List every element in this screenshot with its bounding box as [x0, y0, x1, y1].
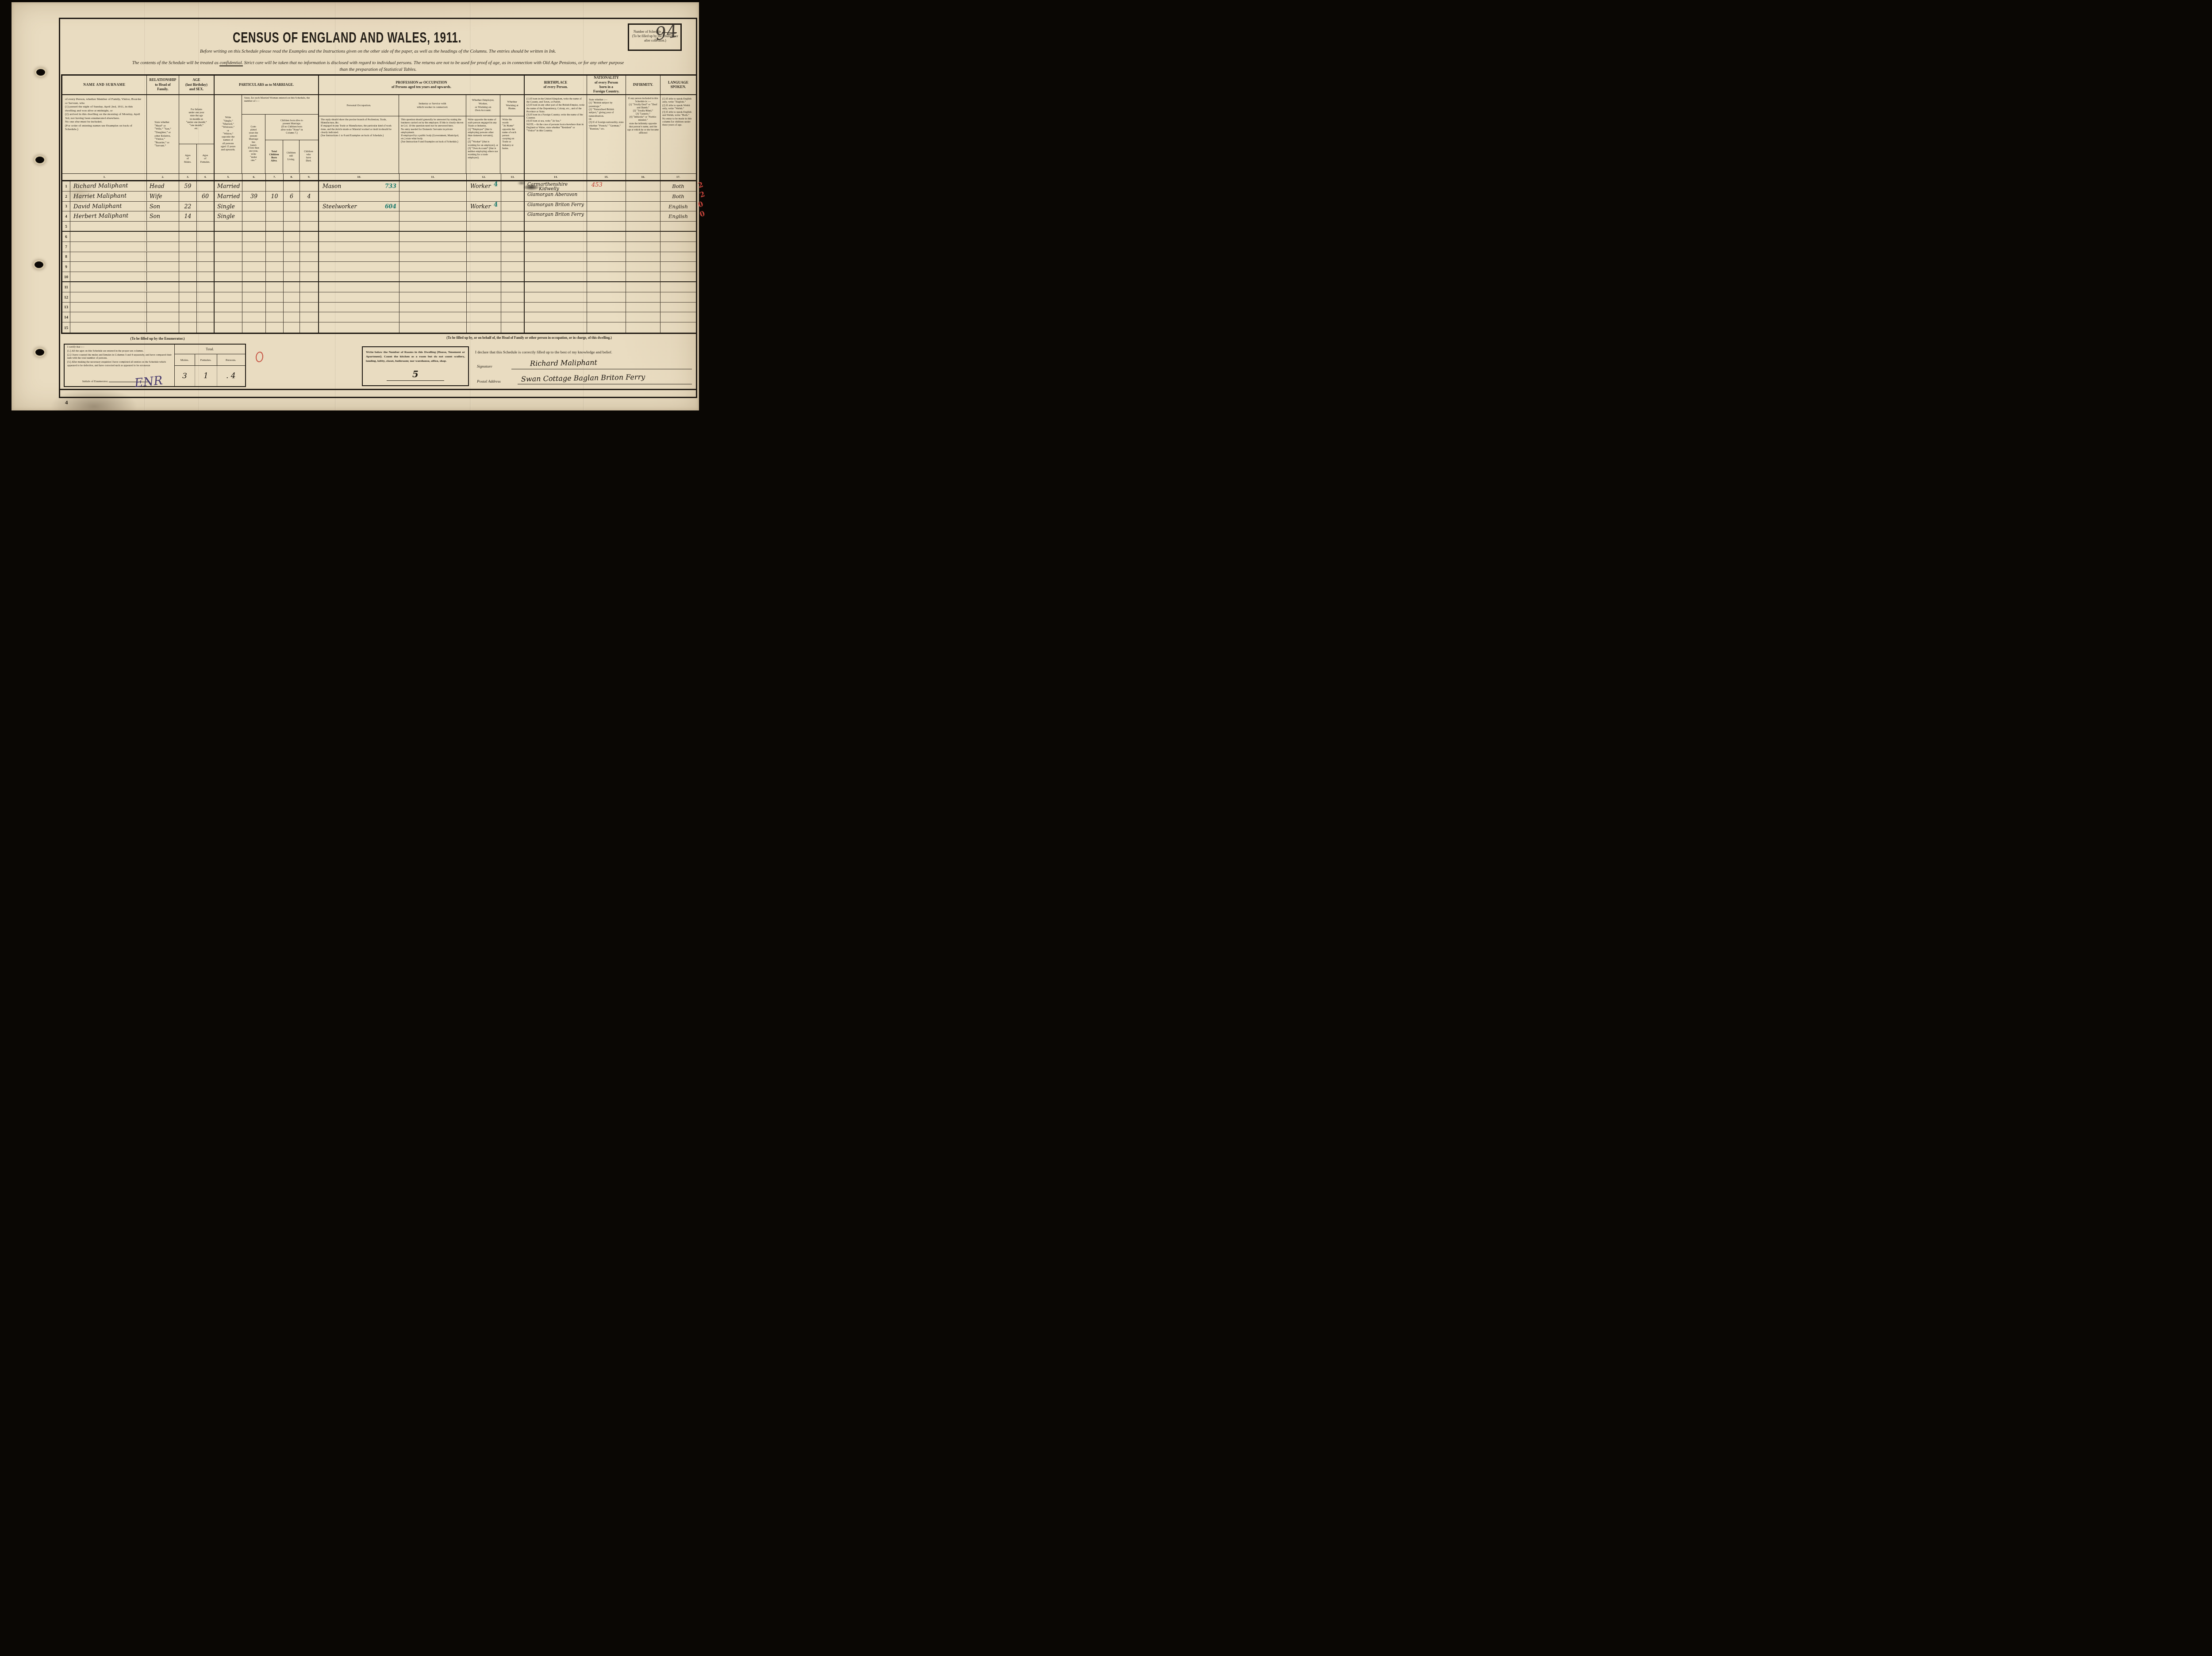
column-number: 7.: [266, 174, 284, 180]
cell-age-male: [179, 242, 197, 252]
cell-employment: Worker4: [467, 181, 501, 191]
cell-nationality: [587, 222, 626, 231]
cell-relationship: [147, 292, 179, 302]
cell-birthplace: [525, 292, 587, 302]
table-row: 2Harriet MaliphantWife60Married391064Gla…: [62, 192, 696, 202]
cell-nationality: [587, 262, 626, 272]
cell-occupation: [319, 322, 399, 333]
col-relationship-title: RELATIONSHIP to Head of Family.: [147, 76, 179, 94]
cell-row-number: 5: [62, 222, 70, 231]
cell-relationship: [147, 312, 179, 322]
para2-before: The contents of the Schedule will be tre…: [132, 61, 220, 65]
cell-industry: [399, 211, 467, 221]
cell-birthplace: [525, 312, 587, 322]
industry-service-head: Industry or Service with which worker is…: [399, 95, 466, 116]
employment-code: 4: [493, 201, 499, 210]
cell-marriage-years: [242, 282, 266, 292]
cell-name: [70, 241, 147, 252]
cell-age-female: [197, 272, 215, 281]
bottom-frame-rule: [60, 389, 697, 390]
cell-industry: [399, 232, 467, 241]
employer-worker-head: Whether Employer, Worker, or Working on …: [466, 95, 501, 116]
rooms-value-line: [387, 380, 444, 381]
cell-marital-condition: [215, 242, 242, 252]
column-number: 4.: [197, 174, 215, 180]
cell-language: [661, 303, 696, 312]
cell-age-female: [197, 252, 215, 262]
cell-children-died: [300, 272, 319, 281]
column-number: 15.: [587, 174, 626, 180]
cell-children-died: [300, 262, 319, 272]
cell-name: Herbert Maliphant: [70, 211, 147, 222]
cell-industry: [399, 262, 467, 272]
cell-infirmity: [626, 181, 661, 191]
cell-age-female: [197, 232, 215, 241]
working-at-home-description: Write the words “At Home” opposite the n…: [500, 116, 524, 173]
cell-children-living: [284, 303, 300, 312]
column-number: 13.: [501, 174, 525, 180]
cell-age-male: [179, 282, 197, 292]
column-number: 5.: [215, 174, 242, 180]
cell-at-home: [501, 222, 525, 231]
cell-marriage-years: [242, 202, 266, 211]
cell-children-living: [284, 232, 300, 241]
cell-industry: [399, 192, 467, 201]
cell-birthplace: [525, 252, 587, 262]
cell-nationality: [587, 202, 626, 211]
married-woman-note: State, for each Married Woman entered on…: [242, 95, 318, 115]
cell-occupation: [319, 242, 399, 252]
cell-employment: [467, 322, 501, 333]
group-marriage-title: PARTICULARS as to MARRIAGE.: [215, 76, 319, 94]
cell-at-home: [501, 202, 525, 211]
cell-occupation: [319, 232, 399, 241]
cell-marriage-years: [242, 252, 266, 262]
cell-nationality: [587, 192, 626, 201]
cell-marital-condition: [215, 272, 242, 281]
col-birthplace-title: BIRTHPLACE of every Person.: [525, 76, 587, 94]
cell-relationship: [147, 242, 179, 252]
cell-children-born: [266, 292, 284, 302]
table-row: 1Richard MaliphantHead59MarriedMason733W…: [62, 181, 696, 192]
cell-infirmity: [626, 232, 661, 241]
cell-children-died: [300, 303, 319, 312]
cell-relationship: Wife: [147, 192, 179, 201]
cell-at-home: [501, 262, 525, 272]
cell-marriage-years: [242, 242, 266, 252]
cell-children-living: [284, 252, 300, 262]
ages-of-females-label: Ages of Females.: [197, 144, 214, 173]
cell-at-home: [501, 282, 525, 292]
cell-nationality: [587, 322, 626, 333]
col-language-description: (1) If able to speak English only, write…: [661, 95, 696, 173]
cell-children-died: [300, 232, 319, 241]
cell-at-home: [501, 232, 525, 241]
cell-children-died: [300, 322, 319, 333]
cell-at-home: [501, 303, 525, 312]
cell-birthplace: Glamorgan Aberavon: [525, 192, 587, 201]
initials-of-enumerator: Initials of Enumerator. ENR: [82, 379, 171, 383]
para2-after: Strict care will be taken that no inform…: [243, 61, 624, 65]
cell-row-number: 15: [62, 322, 70, 333]
punch-hole: [35, 349, 44, 356]
enumerator-certification-box: I certify that :— (1.) All the ages on t…: [64, 344, 246, 387]
cell-relationship: [147, 252, 179, 262]
cell-infirmity: [626, 192, 661, 201]
cell-age-female: [197, 322, 215, 333]
cell-name: [70, 261, 147, 272]
instruction-paragraph-1: Before writing on this Schedule please r…: [73, 48, 683, 55]
cell-industry: [399, 181, 467, 191]
rooms-value-area: 5: [387, 371, 444, 381]
cell-marital-condition: [215, 312, 242, 322]
children-subgroup: Children born alive to present Marriage.…: [265, 115, 318, 173]
cell-occupation: [319, 222, 399, 231]
punch-hole: [35, 157, 44, 163]
family-section-heading: (To be filled up by, or on behalf of, th…: [361, 336, 697, 340]
col-age-description: For Infants under one year state the age…: [179, 95, 215, 173]
schedule-number-box: Number of Schedule (To be filled up by t…: [628, 23, 682, 51]
cell-employment: [467, 232, 501, 241]
table-header-descriptions: of every Person, whether Member of Famil…: [62, 95, 696, 174]
cell-age-female: [197, 303, 215, 312]
cell-age-male: [179, 252, 197, 262]
cell-age-male: 59: [179, 181, 197, 191]
rooms-instruction-text: Write below the Number of Rooms in this …: [366, 350, 465, 363]
cell-marriage-years: [242, 262, 266, 272]
signature-label: Signature: [477, 364, 492, 368]
col-language-title: LANGUAGE SPOKEN.: [661, 76, 696, 94]
table-row: 14: [62, 312, 696, 322]
working-at-home-head: Whether Working at Home.: [500, 95, 524, 116]
industry-service-description: This question should generally be answer…: [399, 116, 466, 173]
cell-children-born: [266, 232, 284, 241]
cell-name: [70, 231, 147, 242]
para2-line2: than the preparation of Statistical Tabl…: [339, 67, 416, 72]
cell-marriage-years: [242, 211, 266, 221]
cell-row-number: 9: [62, 262, 70, 272]
cell-row-number: 1: [62, 181, 70, 191]
column-number: 16.: [626, 174, 661, 180]
cell-at-home: [501, 252, 525, 262]
cell-occupation: [319, 312, 399, 322]
cell-at-home: [501, 322, 525, 333]
col-relationship-description: State whether “Head” or “Wife,” “Son,” “…: [147, 95, 179, 173]
cell-marriage-years: [242, 222, 266, 231]
cell-language: [661, 322, 696, 333]
cell-name: David Maliphant: [70, 201, 147, 212]
cell-age-male: [179, 292, 197, 302]
page-number: 4: [65, 399, 68, 406]
cell-children-born: [266, 242, 284, 252]
cell-age-female: [197, 181, 215, 191]
schedule-number-value: 94: [653, 19, 679, 46]
table-row: 7: [62, 242, 696, 252]
persons-total-value: . 4: [217, 366, 245, 386]
signature-value: Richard Maliphant: [530, 358, 597, 368]
cell-language: [661, 312, 696, 322]
cell-age-female: [197, 292, 215, 302]
cell-marital-condition: Married: [215, 181, 242, 191]
cell-row-number: 12: [62, 292, 70, 302]
personal-occupation-description: The reply should show the precise branch…: [319, 116, 399, 173]
cell-children-living: [284, 202, 300, 211]
cell-age-female: [197, 312, 215, 322]
confidential-underlined: confidential.: [219, 61, 243, 66]
age-infants-note: For Infants under one year state the age…: [179, 95, 214, 144]
column-number: 11.: [399, 174, 467, 180]
employer-worker-description: Write opposite the name of each person e…: [466, 116, 501, 173]
cell-age-male: [179, 303, 197, 312]
cell-at-home: [501, 272, 525, 281]
col-birthplace-description: (1) If born in the United Kingdom, write…: [525, 95, 587, 173]
cell-name: [70, 282, 147, 292]
cell-children-died: [300, 202, 319, 211]
males-total-value: 3: [175, 366, 195, 386]
marital-condition-description: Write “Single,” “Married,” “Widower,” or…: [215, 95, 242, 173]
cell-language: [661, 242, 696, 252]
cell-children-living: [284, 242, 300, 252]
cell-children-born: [266, 262, 284, 272]
column-number: 10.: [319, 174, 399, 180]
married-woman-subgroup: State, for each Married Woman entered on…: [242, 95, 318, 173]
cell-row-number: 6: [62, 232, 70, 241]
cell-language: English: [661, 202, 696, 211]
cell-age-male: 22: [179, 202, 197, 211]
cell-children-born: [266, 312, 284, 322]
children-born-label: Total Children Born Alive.: [265, 140, 283, 173]
cell-employment: [467, 272, 501, 281]
table-row: 11: [62, 282, 696, 292]
cell-relationship: Head: [147, 181, 179, 191]
certify-item-1: (1.) All the ages on this Schedule are e…: [67, 350, 173, 353]
occupation-code: 733: [385, 183, 396, 191]
marriage-group-description: Write “Single,” “Married,” “Widower,” or…: [215, 95, 319, 173]
cell-occupation: [319, 262, 399, 272]
cell-language: [661, 272, 696, 281]
cell-occupation: [319, 282, 399, 292]
signature-line: [511, 369, 692, 369]
cell-industry: [399, 242, 467, 252]
females-label: Females.: [195, 354, 217, 365]
cell-language: [661, 262, 696, 272]
certify-item-3: (3.) After making the necessary enquirie…: [67, 361, 173, 368]
column-number: 2.: [147, 174, 179, 180]
census-table: NAME AND SURNAME RELATIONSHIP to Head of…: [61, 74, 697, 334]
column-number-strip: 1.2.3.4.5.6.7.8.9.10.11.12.13.14.15.16.1…: [62, 174, 696, 181]
red-margin-digit: 0: [699, 209, 706, 219]
certify-item-2: (2.) I have counted the males and female…: [67, 354, 173, 361]
table-row: 4Herbert MaliphantSon14SingleGlamorgan B…: [62, 211, 696, 222]
cell-children-born: [266, 282, 284, 292]
table-row: 8: [62, 252, 696, 262]
cell-children-living: [284, 262, 300, 272]
cell-children-born: [266, 272, 284, 281]
cell-age-male: [179, 272, 197, 281]
cell-marital-condition: [215, 303, 242, 312]
cell-name: [70, 221, 147, 231]
table-row: 9: [62, 262, 696, 272]
cell-occupation: [319, 272, 399, 281]
cell-industry: [399, 222, 467, 231]
ink-blot: [523, 184, 540, 190]
cell-infirmity: [626, 322, 661, 333]
number-of-rooms-box: Write below the Number of Rooms in this …: [362, 346, 469, 386]
cell-nationality: [587, 211, 626, 221]
table-header-titles: NAME AND SURNAME RELATIONSHIP to Head of…: [62, 76, 696, 95]
cell-children-born: [266, 252, 284, 262]
cell-industry: [399, 322, 467, 333]
cell-age-male: [179, 222, 197, 231]
cell-marital-condition: Single: [215, 202, 242, 211]
cell-marital-condition: Single: [215, 211, 242, 221]
declaration-text: I declare that this Schedule is correctl…: [475, 350, 696, 354]
cell-employment: [467, 312, 501, 322]
column-number: 12.: [467, 174, 501, 180]
cell-infirmity: [626, 252, 661, 262]
cell-occupation: Mason733: [319, 181, 399, 191]
cell-nationality: [587, 303, 626, 312]
cell-language: [661, 222, 696, 231]
signature-row: Signature Richard Maliphant: [477, 364, 696, 368]
cell-nationality: [587, 272, 626, 281]
cell-age-male: [179, 262, 197, 272]
cell-row-number: 7: [62, 242, 70, 252]
cell-relationship: [147, 232, 179, 241]
cell-marriage-years: 39: [242, 192, 266, 201]
red-margin-marks: 2200: [698, 180, 705, 219]
cell-employment: [467, 211, 501, 221]
postal-address-line: [518, 384, 692, 384]
column-number: 8.: [284, 174, 300, 180]
cell-marriage-years: [242, 292, 266, 302]
cell-row-number: 13: [62, 303, 70, 312]
cell-marital-condition: [215, 232, 242, 241]
cell-language: [661, 252, 696, 262]
cell-industry: [399, 282, 467, 292]
cell-language: Both: [661, 192, 696, 201]
cell-industry: [399, 292, 467, 302]
cell-marriage-years: [242, 322, 266, 333]
females-total-value: 1: [195, 366, 217, 386]
persons-label: Persons.: [217, 354, 245, 365]
cell-age-female: [197, 262, 215, 272]
table-row: 12: [62, 292, 696, 303]
cell-marital-condition: [215, 292, 242, 302]
cell-name: Richard Maliphant: [70, 181, 147, 192]
cell-row-number: 11: [62, 282, 70, 292]
column-number: 1.: [62, 174, 147, 180]
cell-infirmity: [626, 292, 661, 302]
cell-children-died: [300, 181, 319, 191]
occupation-code: 604: [385, 203, 396, 211]
cell-at-home: [501, 312, 525, 322]
cell-children-living: [284, 292, 300, 302]
cell-age-female: [197, 242, 215, 252]
cell-children-died: [300, 242, 319, 252]
cell-language: English: [661, 211, 696, 221]
cell-employment: [467, 292, 501, 302]
cell-name: [70, 252, 147, 262]
cell-name: [70, 312, 147, 322]
initials-label: Initials of Enumerator.: [82, 380, 108, 383]
cell-relationship: Son: [147, 202, 179, 211]
cell-industry: [399, 303, 467, 312]
cell-children-died: [300, 211, 319, 221]
cell-children-died: 4: [300, 192, 319, 201]
cell-infirmity: [626, 262, 661, 272]
cell-employment: [467, 222, 501, 231]
cell-birthplace: [525, 282, 587, 292]
form-title: CENSUS OF ENGLAND AND WALES, 1911.: [60, 30, 634, 46]
cell-language: [661, 292, 696, 302]
cell-birthplace: [525, 303, 587, 312]
cell-language: [661, 232, 696, 241]
cell-children-born: 10: [266, 192, 284, 201]
cell-infirmity: [626, 272, 661, 281]
postal-address-row: Postal Address Swan Cottage Baglan Brito…: [477, 379, 696, 383]
cell-children-living: [284, 322, 300, 333]
cell-name: [70, 322, 147, 333]
cell-employment: [467, 282, 501, 292]
cell-name: [70, 302, 147, 313]
children-died-label: Children who have Died.: [300, 140, 318, 173]
cell-age-female: [197, 211, 215, 221]
cell-infirmity: [626, 211, 661, 221]
cell-birthplace: Glamorgan Briton Ferry: [525, 211, 587, 221]
cell-marital-condition: [215, 252, 242, 262]
ages-of-males-label: Ages of Males.: [179, 144, 197, 173]
cell-industry: [399, 202, 467, 211]
cell-infirmity: [626, 312, 661, 322]
cell-children-born: [266, 303, 284, 312]
cell-children-died: [300, 282, 319, 292]
cell-nationality: [587, 292, 626, 302]
cell-nationality: [587, 242, 626, 252]
cell-relationship: [147, 303, 179, 312]
enumerator-initials-signature: ENR: [134, 373, 163, 391]
cell-at-home: [501, 211, 525, 221]
cell-marriage-years: [242, 303, 266, 312]
cell-industry: [399, 252, 467, 262]
cell-age-female: 60: [197, 192, 215, 201]
rooms-value: 5: [412, 369, 419, 379]
cell-at-home: [501, 192, 525, 201]
cell-row-number: 2: [62, 192, 70, 201]
cell-birthplace: [525, 232, 587, 241]
cell-marital-condition: [215, 282, 242, 292]
cell-relationship: Son: [147, 211, 179, 221]
cell-children-living: [284, 272, 300, 281]
cell-relationship: [147, 282, 179, 292]
cell-age-male: [179, 192, 197, 201]
cell-age-female: [197, 202, 215, 211]
personal-occupation-head: Personal Occupation.: [319, 95, 399, 116]
table-row: 5: [62, 222, 696, 232]
cell-children-living: [284, 181, 300, 191]
table-row: 15: [62, 322, 696, 333]
enumerator-section-heading: (To be filled up by the Enumerator.): [65, 337, 250, 341]
col-nationality-description: State whether :— (1) “British subject by…: [587, 95, 626, 173]
cell-at-home: [501, 181, 525, 191]
punch-hole: [36, 69, 45, 76]
cell-children-born: [266, 202, 284, 211]
cell-age-male: [179, 232, 197, 241]
cell-children-living: [284, 211, 300, 221]
cell-row-number: 10: [62, 272, 70, 281]
cell-at-home: [501, 242, 525, 252]
marriage-years-description: Com- pleted years the present Marriage h…: [242, 115, 265, 173]
